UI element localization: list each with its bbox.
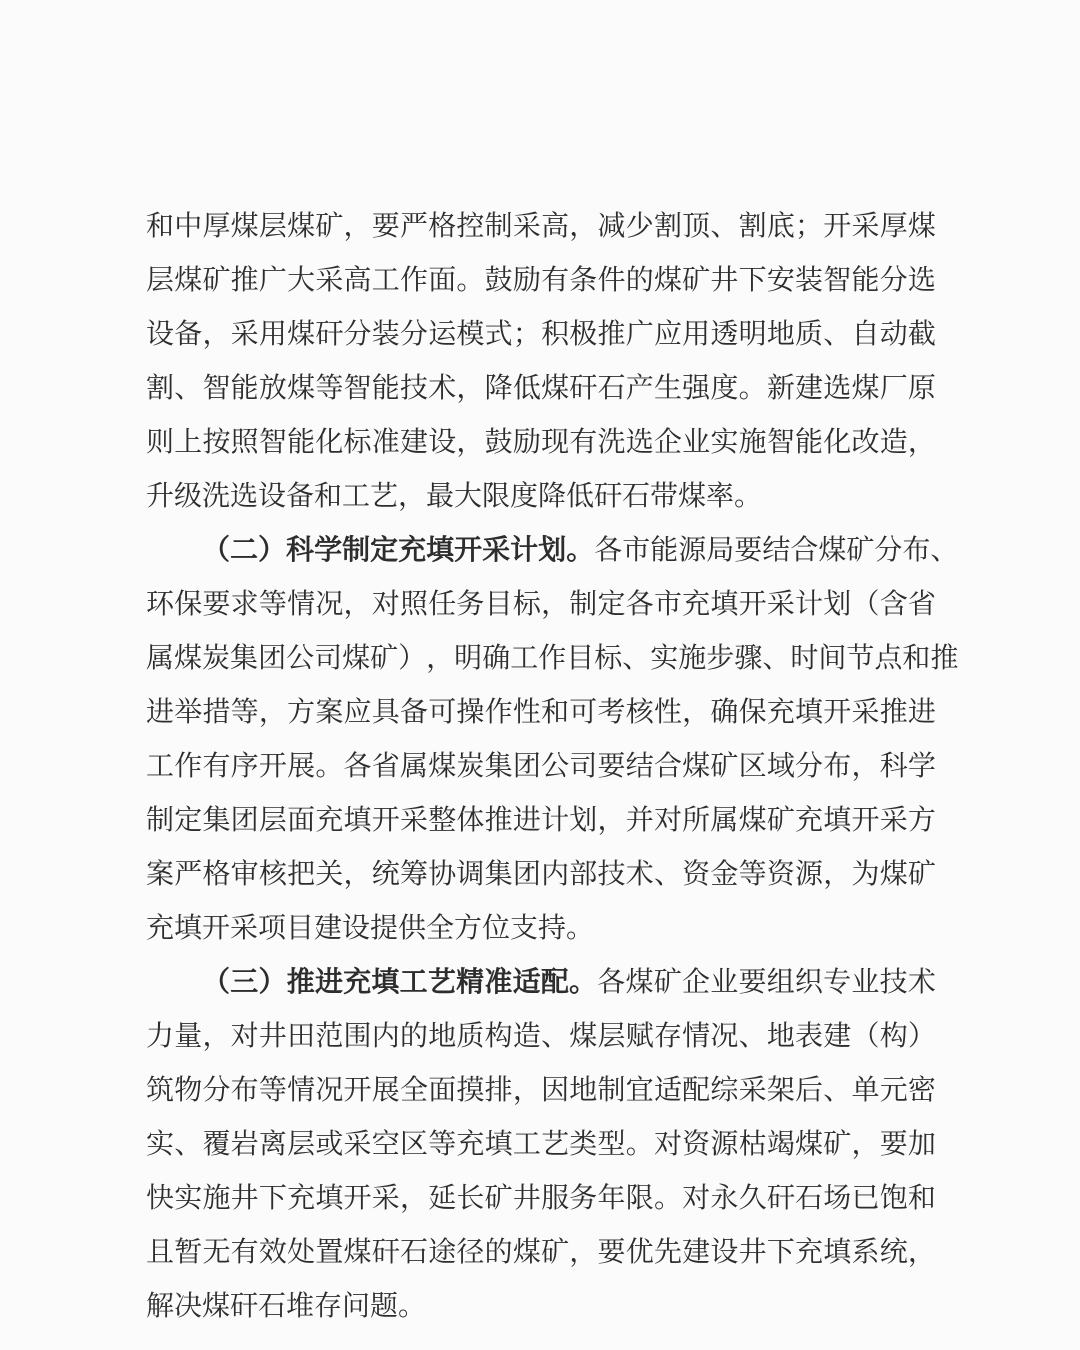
text-line: 实、覆岩离层或采空区等充填工艺类型。对资源枯竭煤矿，要加 bbox=[146, 1118, 936, 1172]
text-line: 和中厚煤层煤矿，要严格控制采高，减少割顶、割底；开采厚煤 bbox=[146, 200, 936, 254]
document-page: 和中厚煤层煤矿，要严格控制采高，减少割顶、割底；开采厚煤层煤矿推广大采高工作面。… bbox=[0, 0, 1080, 1350]
text-line: 解决煤矸石堆存问题。 bbox=[146, 1280, 936, 1334]
text-line: 工作有序开展。各省属煤炭集团公司要结合煤矿区域分布，科学 bbox=[146, 740, 936, 794]
text-line: 层煤矿推广大采高工作面。鼓励有条件的煤矿井下安装智能分选 bbox=[146, 254, 936, 308]
text-line: 充填开采项目建设提供全方位支持。 bbox=[146, 902, 936, 956]
text-line: （二）科学制定充填开采计划。各市能源局要结合煤矿分布、 bbox=[146, 524, 936, 578]
text-line: 环保要求等情况，对照任务目标，制定各市充填开采计划（含省 bbox=[146, 578, 936, 632]
text-line: 且暂无有效处置煤矸石途径的煤矿，要优先建设井下充填系统， bbox=[146, 1226, 936, 1280]
text-line: 属煤炭集团公司煤矿），明确工作目标、实施步骤、时间节点和推 bbox=[146, 632, 936, 686]
text-line: （三）推进充填工艺精准适配。各煤矿企业要组织专业技术 bbox=[146, 956, 936, 1010]
text-line: 进举措等，方案应具备可操作性和可考核性，确保充填开采推进 bbox=[146, 686, 936, 740]
text-line: 割、智能放煤等智能技术，降低煤矸石产生强度。新建选煤厂原 bbox=[146, 362, 936, 416]
document-text-block: 和中厚煤层煤矿，要严格控制采高，减少割顶、割底；开采厚煤层煤矿推广大采高工作面。… bbox=[146, 200, 936, 1334]
text-line: 筑物分布等情况开展全面摸排，因地制宜适配综采架后、单元密 bbox=[146, 1064, 936, 1118]
text-line: 制定集团层面充填开采整体推进计划，并对所属煤矿充填开采方 bbox=[146, 794, 936, 848]
text-line: 快实施井下充填开采，延长矿井服务年限。对永久矸石场已饱和 bbox=[146, 1172, 936, 1226]
text-line: 设备，采用煤矸分装分运模式；积极推广应用透明地质、自动截 bbox=[146, 308, 936, 362]
text-line: 案严格审核把关，统筹协调集团内部技术、资金等资源，为煤矿 bbox=[146, 848, 936, 902]
text-line: 升级洗选设备和工艺，最大限度降低矸石带煤率。 bbox=[146, 470, 936, 524]
text-line: 则上按照智能化标准建设，鼓励现有洗选企业实施智能化改造， bbox=[146, 416, 936, 470]
text-line: 力量，对井田范围内的地质构造、煤层赋存情况、地表建（构） bbox=[146, 1010, 936, 1064]
